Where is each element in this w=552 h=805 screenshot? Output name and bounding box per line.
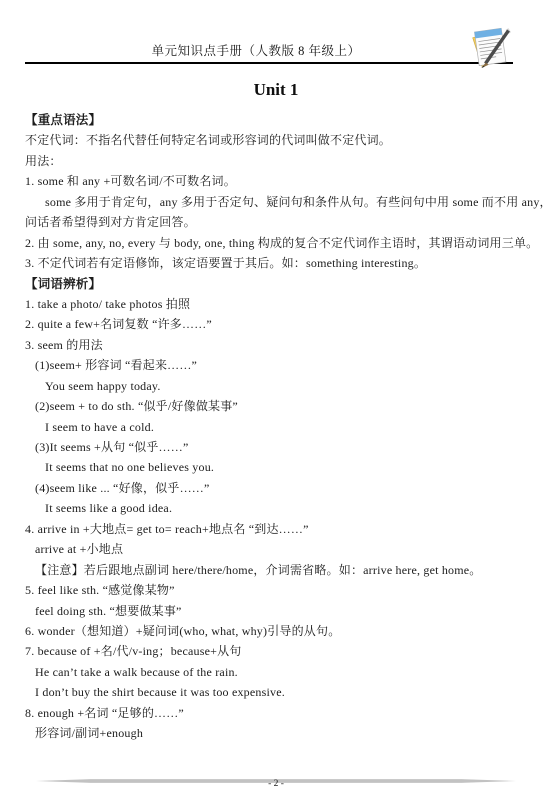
content-line: (2)seem + to do sth. “似乎/好像做某事” — [25, 396, 538, 416]
header-title: 单元知识点手册（人教版 8 年级上） — [0, 41, 512, 59]
content-line: 8. enough +名词 “足够的……” — [25, 703, 538, 723]
content-line: 2. 由 some, any, no, every 与 body, one, t… — [25, 233, 538, 253]
content-line: 2. quite a few+名词复数 “许多……” — [25, 314, 538, 334]
content-line: It seems like a good idea. — [25, 498, 538, 518]
header-rule — [25, 62, 513, 64]
footer-divider — [36, 771, 516, 777]
content-line: arrive at +小地点 — [25, 539, 538, 559]
content-line: He can’t take a walk because of the rain… — [25, 662, 538, 682]
unit-title: Unit 1 — [0, 80, 552, 100]
content-line: (3)It seems +从句 “似乎……” — [25, 437, 538, 457]
document-body: 【重点语法】不定代词：不指名代替任何特定名词或形容词的代词叫做不定代词。用法：1… — [25, 110, 538, 744]
page-number: - 2 - — [0, 779, 552, 789]
content-line: 用法： — [25, 151, 538, 171]
content-line: 1. some 和 any +可数名词/不可数名词。 — [25, 171, 538, 191]
content-line: 3. 不定代词若有定语修饰，该定语要置于其后。如：something inter… — [25, 253, 538, 273]
content-line: 不定代词：不指名代替任何特定名词或形容词的代词叫做不定代词。 — [25, 130, 538, 150]
content-line: (4)seem like ... “好像，似乎……” — [25, 478, 538, 498]
content-line: I don’t buy the shirt because it was too… — [25, 682, 538, 702]
content-line: (1)seem+ 形容词 “看起来……” — [25, 355, 538, 375]
content-line: 【重点语法】 — [25, 110, 538, 130]
content-line: 7. because of +名/代/v-ing；because+从句 — [25, 641, 538, 661]
content-line: 3. seem 的用法 — [25, 335, 538, 355]
document-page: 单元知识点手册（人教版 8 年级上） — [0, 0, 552, 805]
content-line: You seem happy today. — [25, 376, 538, 396]
notepad-pencil-icon — [465, 25, 515, 71]
content-line: It seems that no one believes you. — [25, 457, 538, 477]
content-line: 5. feel like sth. “感觉像某物” — [25, 580, 538, 600]
content-line: I seem to have a cold. — [25, 417, 538, 437]
content-line: 形容词/副词+enough — [25, 723, 538, 743]
content-line: 【词语辨析】 — [25, 274, 538, 294]
content-line: 问话者希望得到对方肯定回答。 — [25, 212, 538, 232]
content-line: 【注意】若后跟地点副词 here/there/home，介词需省略。如：arri… — [25, 560, 538, 580]
content-line: some 多用于肯定句，any 多用于否定句、疑问句和条件从句。有些问句中用 s… — [25, 192, 538, 212]
content-line: 6. wonder（想知道）+疑问词(who, what, why)引导的从句。 — [25, 621, 538, 641]
content-line: 4. arrive in +大地点= get to= reach+地点名 “到达… — [25, 519, 538, 539]
content-line: feel doing sth. “想要做某事” — [25, 601, 538, 621]
content-line: 1. take a photo/ take photos 拍照 — [25, 294, 538, 314]
